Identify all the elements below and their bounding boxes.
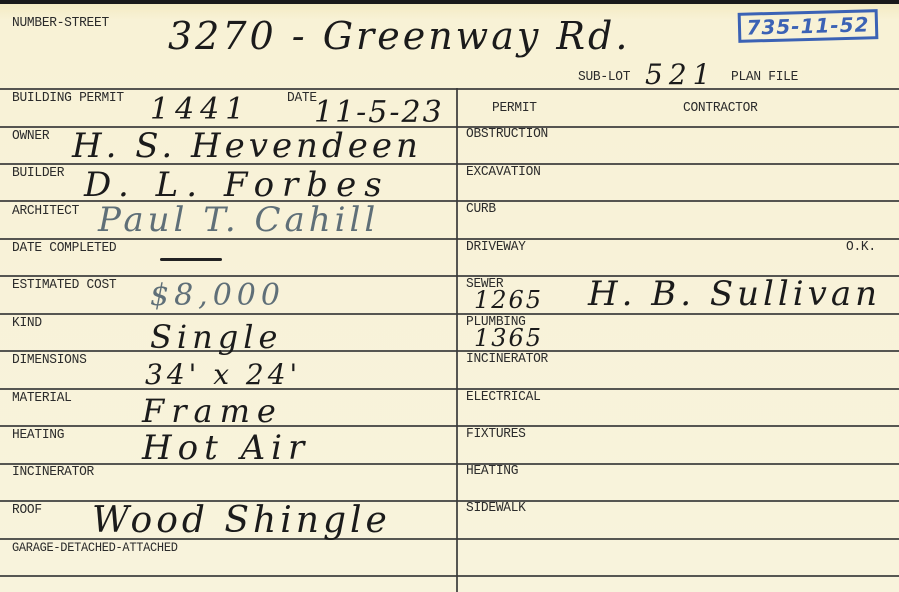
number-street-label: NUMBER-STREET — [12, 15, 109, 31]
heating-value: Hot Air — [142, 428, 310, 468]
sidewalk-label: SIDEWALK — [466, 500, 526, 516]
electrical-label: ELECTRICAL — [466, 389, 541, 405]
architect-value: Paul T. Cahill — [98, 200, 379, 240]
kind-value: Single — [150, 318, 282, 356]
building-permit-card: NUMBER-STREET 3270 - Greenway Rd. 735-11… — [0, 0, 899, 592]
building-permit-value: 1441 — [150, 92, 250, 127]
fixtures-label: FIXTURES — [466, 426, 526, 442]
owner-label: OWNER — [12, 128, 49, 144]
dimensions-value: 34' x 24' — [145, 358, 301, 391]
garage-label: GARAGE-DETACHED-ATTACHED — [12, 540, 178, 555]
roof-label: ROOF — [12, 502, 42, 518]
architect-label: ARCHITECT — [12, 203, 79, 219]
contractor-column-header: CONTRACTOR — [683, 100, 758, 116]
file-number-stamp: 735-11-52 — [738, 9, 879, 43]
curb-label: CURB — [466, 201, 496, 217]
permit-column-header: PERMIT — [492, 100, 537, 116]
rule — [0, 388, 899, 390]
heating-permit-label: HEATING — [466, 463, 518, 479]
builder-label: BUILDER — [12, 165, 64, 181]
number-street-value: 3270 - Greenway Rd. — [168, 14, 630, 58]
plumbing-permit-value: 1365 — [474, 324, 543, 352]
date-label: DATE — [287, 90, 317, 106]
incinerator-label: INCINERATOR — [12, 464, 94, 480]
building-permit-label: BUILDING PERMIT — [12, 90, 124, 106]
material-label: MATERIAL — [12, 390, 72, 406]
rule — [0, 575, 899, 577]
sub-lot-label: SUB-LOT — [578, 69, 630, 85]
estimated-cost-value: $8,000 — [150, 278, 285, 313]
rule — [0, 350, 899, 352]
estimated-cost-label: ESTIMATED COST — [12, 277, 116, 293]
date-value: 11-5-23 — [314, 95, 444, 130]
sub-lot-value: 521 — [645, 58, 716, 91]
plan-file-label: PLAN FILE — [731, 69, 798, 85]
incinerator-permit-label: INCINERATOR — [466, 351, 548, 367]
kind-label: KIND — [12, 315, 42, 331]
material-value: Frame — [142, 392, 283, 430]
roof-value: Wood Shingle — [92, 500, 391, 541]
obstruction-label: OBSTRUCTION — [466, 126, 548, 142]
sewer-contractor-value: H. B. Sullivan — [588, 274, 881, 314]
column-divider — [456, 88, 458, 592]
date-completed-label: DATE COMPLETED — [12, 240, 116, 256]
date-completed-mark — [160, 258, 222, 261]
excavation-label: EXCAVATION — [466, 164, 541, 180]
heating-label: HEATING — [12, 427, 64, 443]
rule — [0, 463, 899, 465]
driveway-status: O.K. — [846, 239, 876, 255]
dimensions-label: DIMENSIONS — [12, 352, 87, 368]
builder-value: D. L. Forbes — [84, 165, 390, 205]
sewer-permit-value: 1265 — [474, 286, 543, 314]
rule — [0, 88, 899, 90]
owner-value: H. S. Hevendeen — [72, 126, 422, 166]
rule — [0, 425, 899, 427]
driveway-label: DRIVEWAY — [466, 239, 526, 255]
